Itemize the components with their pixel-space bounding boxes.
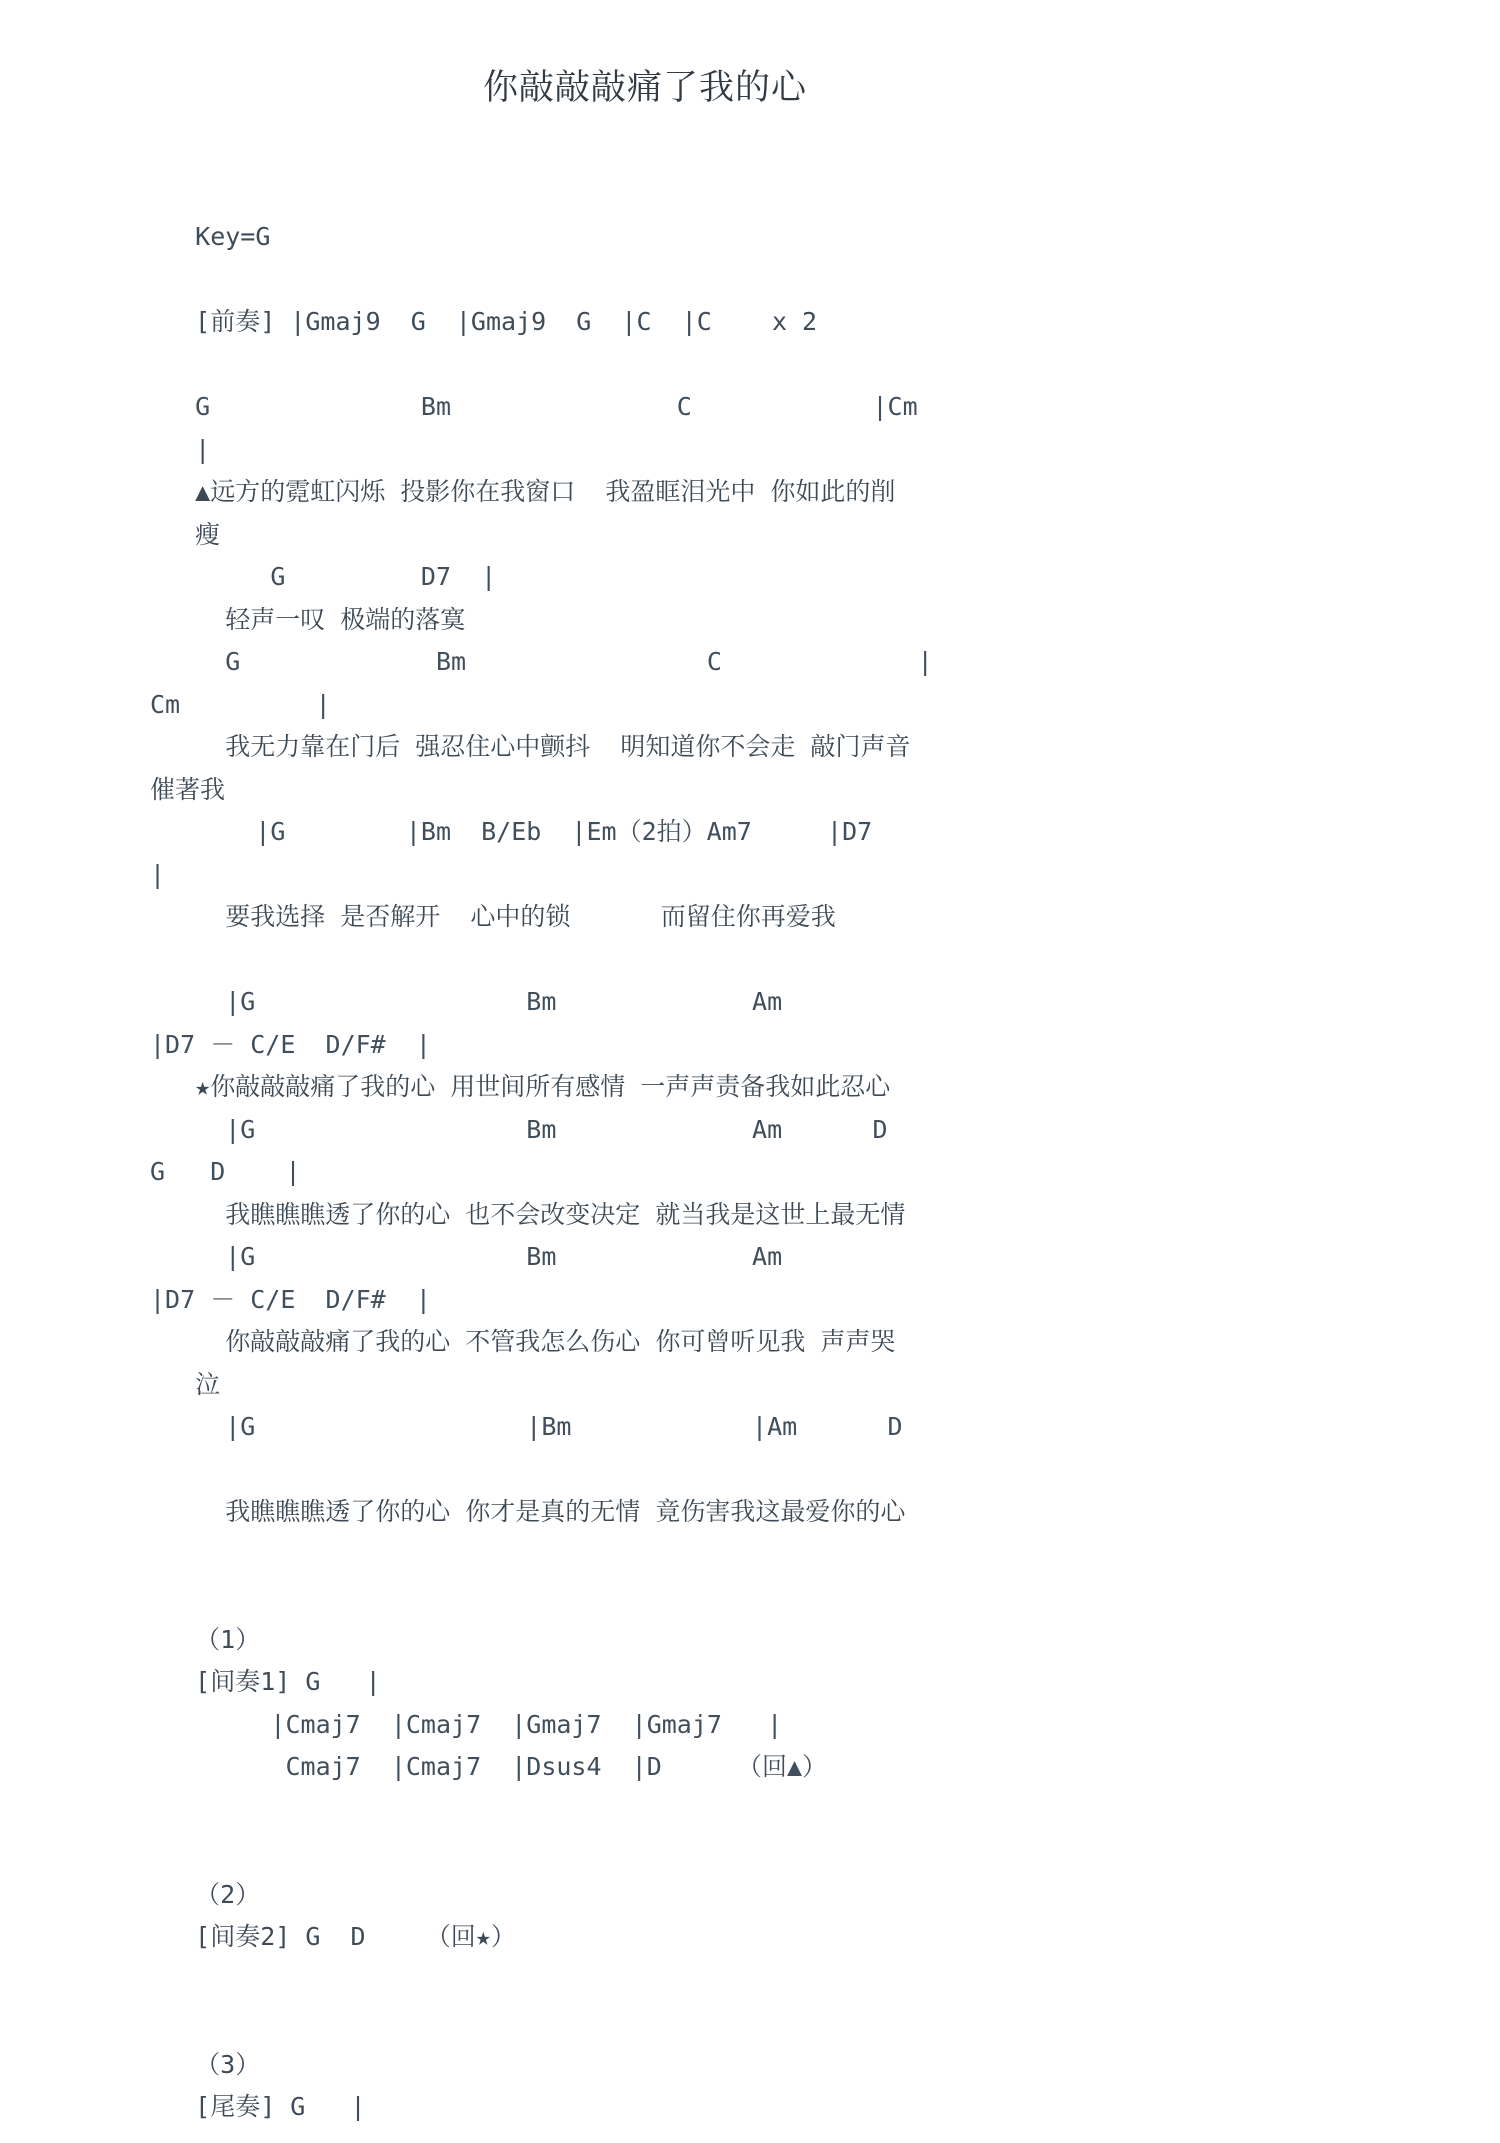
chord-sheet-body: Key=G [前奏] |Gmaj9 G |Gmaj9 G |C |C x 2 G… <box>150 216 1350 2129</box>
chord-line: |G |Bm |Am D <box>150 1406 1350 1449</box>
blank-line <box>150 1534 1350 1577</box>
lyric-line: ▲远方的霓虹闪烁 投影你在我窗口 我盈眶泪光中 你如此的削 <box>150 471 1350 514</box>
chord-line: |G Bm Am <box>150 1236 1350 1279</box>
blank-line <box>150 1576 1350 1619</box>
chord-sheet-page: 你敲敲敲痛了我的心 Key=G [前奏] |Gmaj9 G |Gmaj9 G |… <box>0 0 1500 2143</box>
blank-line <box>150 939 1350 982</box>
chord-line: G D7 | <box>150 556 1350 599</box>
chord-line: G D | <box>150 1151 1350 1194</box>
chord-line: |D7 － C/E D/F# | <box>150 1279 1350 1322</box>
lyric-line: 你敲敲敲痛了我的心 不管我怎么伤心 你可曾听见我 声声哭 <box>150 1321 1350 1364</box>
lyric-line: ★你敲敲敲痛了我的心 用世间所有感情 一声声责备我如此忍心 <box>150 1066 1350 1109</box>
info-line: Key=G <box>150 216 1350 259</box>
lyric-line: 我无力靠在门后 强忍住心中颤抖 明知道你不会走 敲门声音 <box>150 726 1350 769</box>
marker-line: （3） <box>150 2044 1350 2087</box>
chord-line: |D7 － C/E D/F# | <box>150 1024 1350 1067</box>
chord-line: |G Bm Am <box>150 981 1350 1024</box>
chord-line: | <box>150 854 1350 897</box>
lyric-line: 泣 <box>150 1364 1350 1407</box>
blank-line <box>150 2001 1350 2044</box>
chord-line: |G |Bm B/Eb |Em（2拍）Am7 |D7 <box>150 811 1350 854</box>
chord-line: G Bm C | <box>150 641 1350 684</box>
lyric-line: 我瞧瞧瞧透了你的心 也不会改变决定 就当我是这世上最无情 <box>150 1194 1350 1237</box>
title-row: 你敲敲敲痛了我的心 <box>150 0 1140 110</box>
blank-line <box>150 1831 1350 1874</box>
lyric-line: 我瞧瞧瞧透了你的心 你才是真的无情 竟伤害我这最爱你的心 <box>150 1491 1350 1534</box>
lyric-line: 要我选择 是否解开 心中的锁 而留住你再爱我 <box>150 896 1350 939</box>
lyric-line: 催著我 <box>150 769 1350 812</box>
section-line: [尾奏] G | <box>150 2086 1350 2129</box>
chord-line: G Bm C |Cm <box>150 386 1350 429</box>
chord-line: Cm | <box>150 684 1350 727</box>
section-line: [前奏] |Gmaj9 G |Gmaj9 G |C |C x 2 <box>150 301 1350 344</box>
section-line: [间奏1] G | <box>150 1661 1350 1704</box>
blank-line <box>150 1449 1350 1492</box>
page-title: 你敲敲敲痛了我的心 <box>483 68 807 108</box>
chord-line: |G Bm Am D <box>150 1109 1350 1152</box>
blank-line <box>150 1789 1350 1832</box>
chord-line: | <box>150 429 1350 472</box>
chord-line: |Cmaj7 |Cmaj7 |Gmaj7 |Gmaj7 | <box>150 1704 1350 1747</box>
blank-line <box>150 344 1350 387</box>
marker-line: （1） <box>150 1619 1350 1662</box>
lyric-line: 瘦 <box>150 514 1350 557</box>
lyric-line: 轻声一叹 极端的落寞 <box>150 599 1350 642</box>
chord-line: Cmaj7 |Cmaj7 |Dsus4 |D （回▲） <box>150 1746 1350 1789</box>
blank-line <box>150 1959 1350 2002</box>
blank-line <box>150 259 1350 302</box>
marker-line: （2） <box>150 1874 1350 1917</box>
section-line: [间奏2] G D （回★） <box>150 1916 1350 1959</box>
